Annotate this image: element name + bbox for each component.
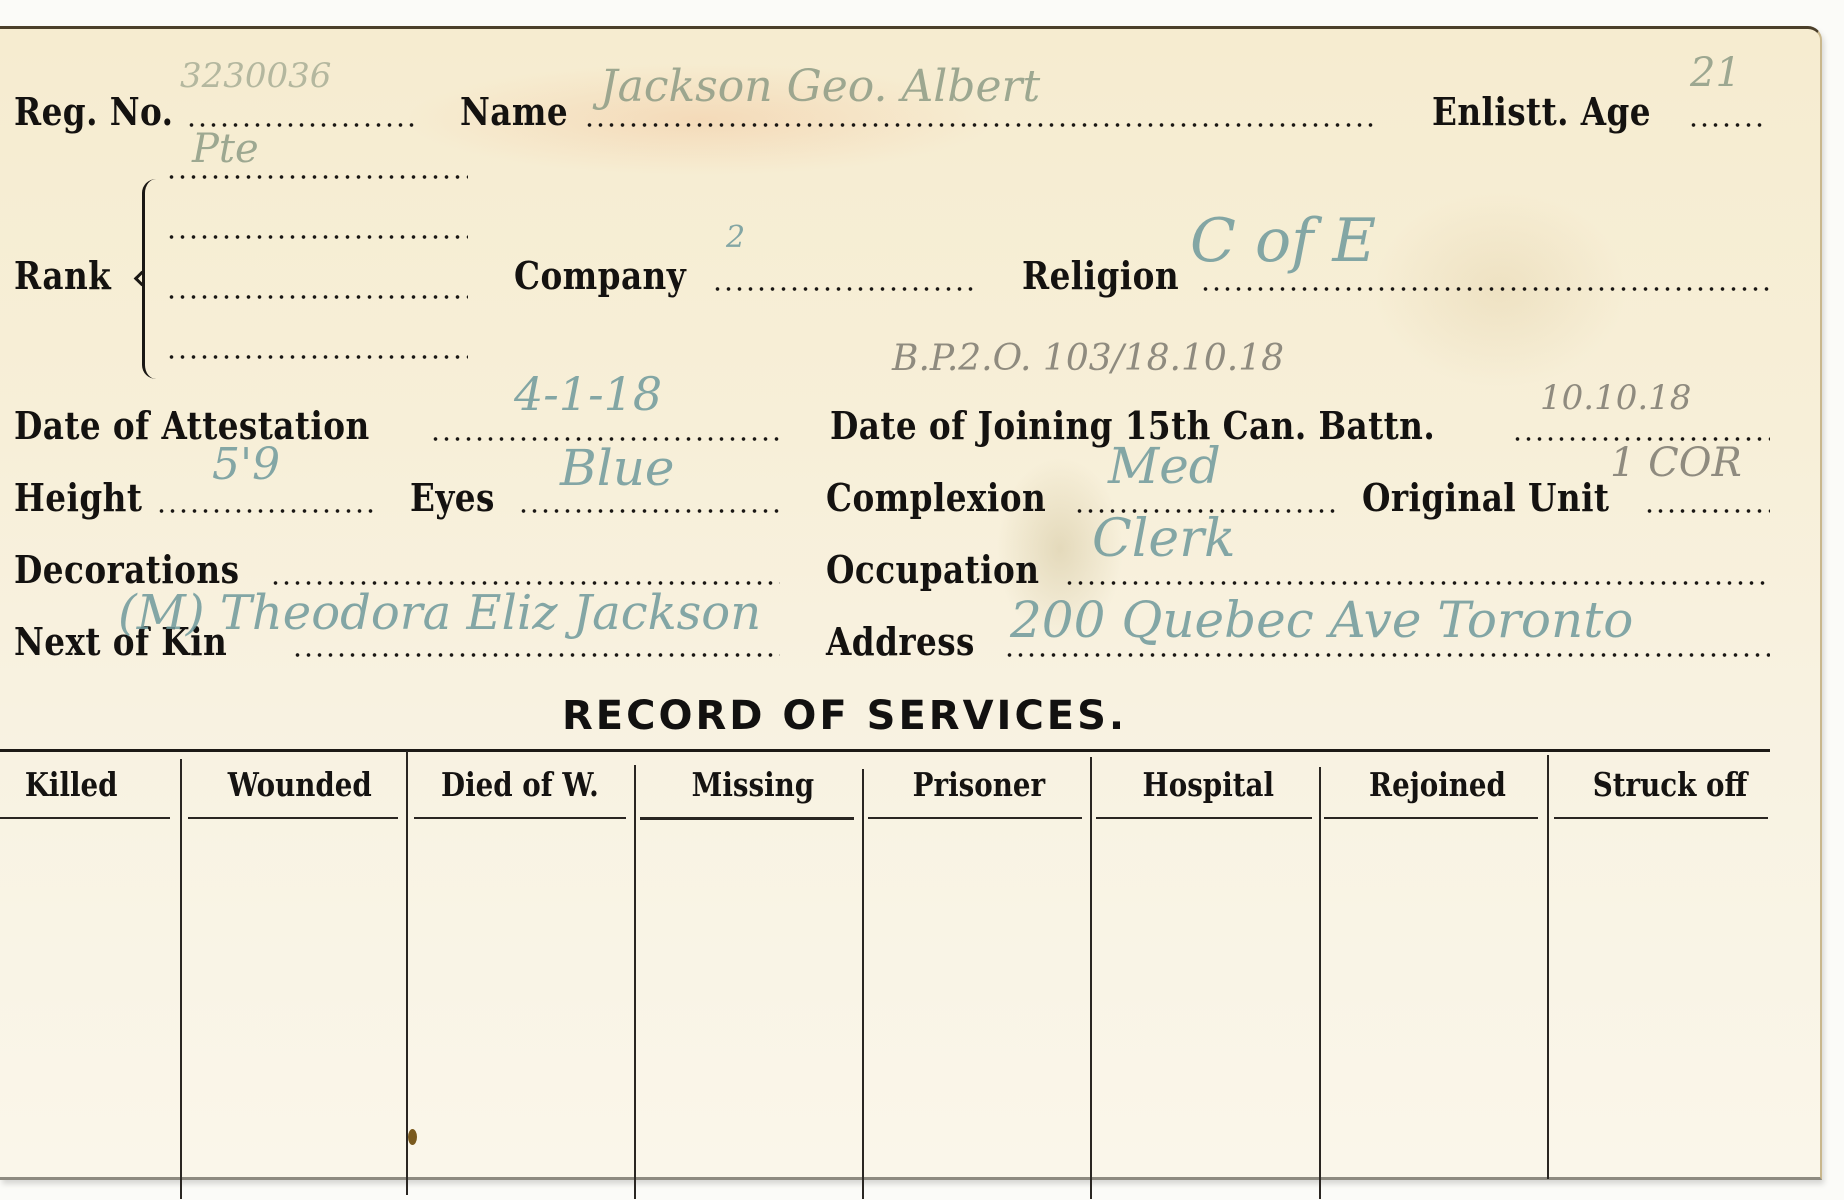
original-unit-dotted-line (1644, 509, 1770, 513)
religion-label: Religion (1022, 257, 1179, 295)
column-header-hospital: Hospital (1143, 765, 1274, 804)
column-divider-4 (862, 769, 864, 1199)
eyes-value: Blue (560, 443, 675, 493)
complexion-label: Complexion (826, 479, 1046, 517)
next-of-kin-dotted-line (292, 653, 780, 657)
service-record-card: Reg. No. 3230036 Name Jackson Geo. Alber… (0, 26, 1822, 1180)
height-value: 5'9 (212, 443, 280, 487)
date-of-joining-value: 10.10.18 (1540, 381, 1691, 415)
column-header-missing: Missing (692, 765, 814, 804)
address-value: 200 Quebec Ave Toronto (1010, 595, 1633, 645)
name-label: Name (460, 93, 568, 131)
column-header-died-of-wounds: Died of W. (441, 765, 599, 804)
original-unit-value: 1 COR (1610, 443, 1742, 483)
table-top-rule (0, 749, 1770, 752)
next-of-kin-value: (M) Theodora Eliz Jackson (118, 589, 761, 637)
column-header-prisoner: Prisoner (913, 765, 1045, 804)
column-divider-1 (180, 759, 182, 1199)
height-dotted-line (156, 509, 374, 513)
rank-line-3 (166, 295, 468, 299)
occupation-label: Occupation (826, 551, 1039, 589)
company-label: Company (514, 257, 686, 295)
date-of-attestation-value: 4-1-18 (514, 371, 662, 417)
height-label: Height (14, 479, 142, 517)
enlist-age-value: 21 (1690, 53, 1741, 93)
ink-stain (408, 1129, 417, 1145)
reg-no-value: 3230036 (180, 59, 331, 93)
original-unit-label: Original Unit (1362, 479, 1609, 517)
enlist-age-dotted-line (1688, 123, 1768, 127)
rank-line-4 (166, 355, 468, 359)
name-dotted-line (584, 123, 1379, 127)
column-divider-5 (1090, 757, 1092, 1199)
column-divider-2 (406, 751, 408, 1195)
column-header-killed: Killed (25, 765, 118, 804)
header-rule-8 (1554, 817, 1768, 819)
eyes-dotted-line (518, 509, 780, 513)
occupation-value: Clerk (1092, 513, 1236, 565)
record-of-services-title: RECORD OF SERVICES. (562, 693, 1127, 739)
complexion-value: Med (1108, 441, 1221, 491)
rank-value: Pte (192, 129, 259, 169)
header-rule-5 (868, 817, 1082, 819)
column-divider-7 (1547, 755, 1549, 1179)
header-rule-2 (188, 817, 398, 819)
column-divider-3 (634, 765, 636, 1199)
company-value: 2 (726, 223, 745, 253)
rank-label: Rank (14, 257, 111, 295)
rank-line-1 (166, 175, 468, 179)
column-header-wounded: Wounded (228, 765, 372, 804)
date-of-attestation-label: Date of Attestation (14, 407, 370, 445)
column-header-struck-off: Struck off (1593, 765, 1748, 804)
header-rule-7 (1324, 817, 1538, 819)
column-divider-6 (1319, 767, 1321, 1199)
company-dotted-line (712, 287, 976, 291)
header-rule-3 (414, 817, 626, 819)
occupation-dotted-line (1064, 581, 1770, 585)
decorations-label: Decorations (14, 551, 239, 589)
rank-line-2 (166, 235, 468, 239)
name-value: Jackson Geo. Albert (600, 65, 1040, 109)
address-dotted-line (1004, 653, 1770, 657)
religion-dotted-line (1200, 287, 1770, 291)
enlist-age-label: Enlistt. Age (1432, 93, 1651, 131)
religion-value: C of E (1190, 211, 1376, 271)
reg-no-label: Reg. No. (14, 93, 173, 131)
header-rule-4 (640, 817, 854, 820)
eyes-label: Eyes (410, 479, 495, 517)
transfer-annotation: B.P.2.O. 103/18.10.18 (892, 341, 1284, 377)
header-rule-1 (0, 817, 170, 819)
address-label: Address (826, 623, 975, 661)
header-rule-6 (1096, 817, 1312, 819)
column-header-rejoined: Rejoined (1369, 765, 1506, 804)
